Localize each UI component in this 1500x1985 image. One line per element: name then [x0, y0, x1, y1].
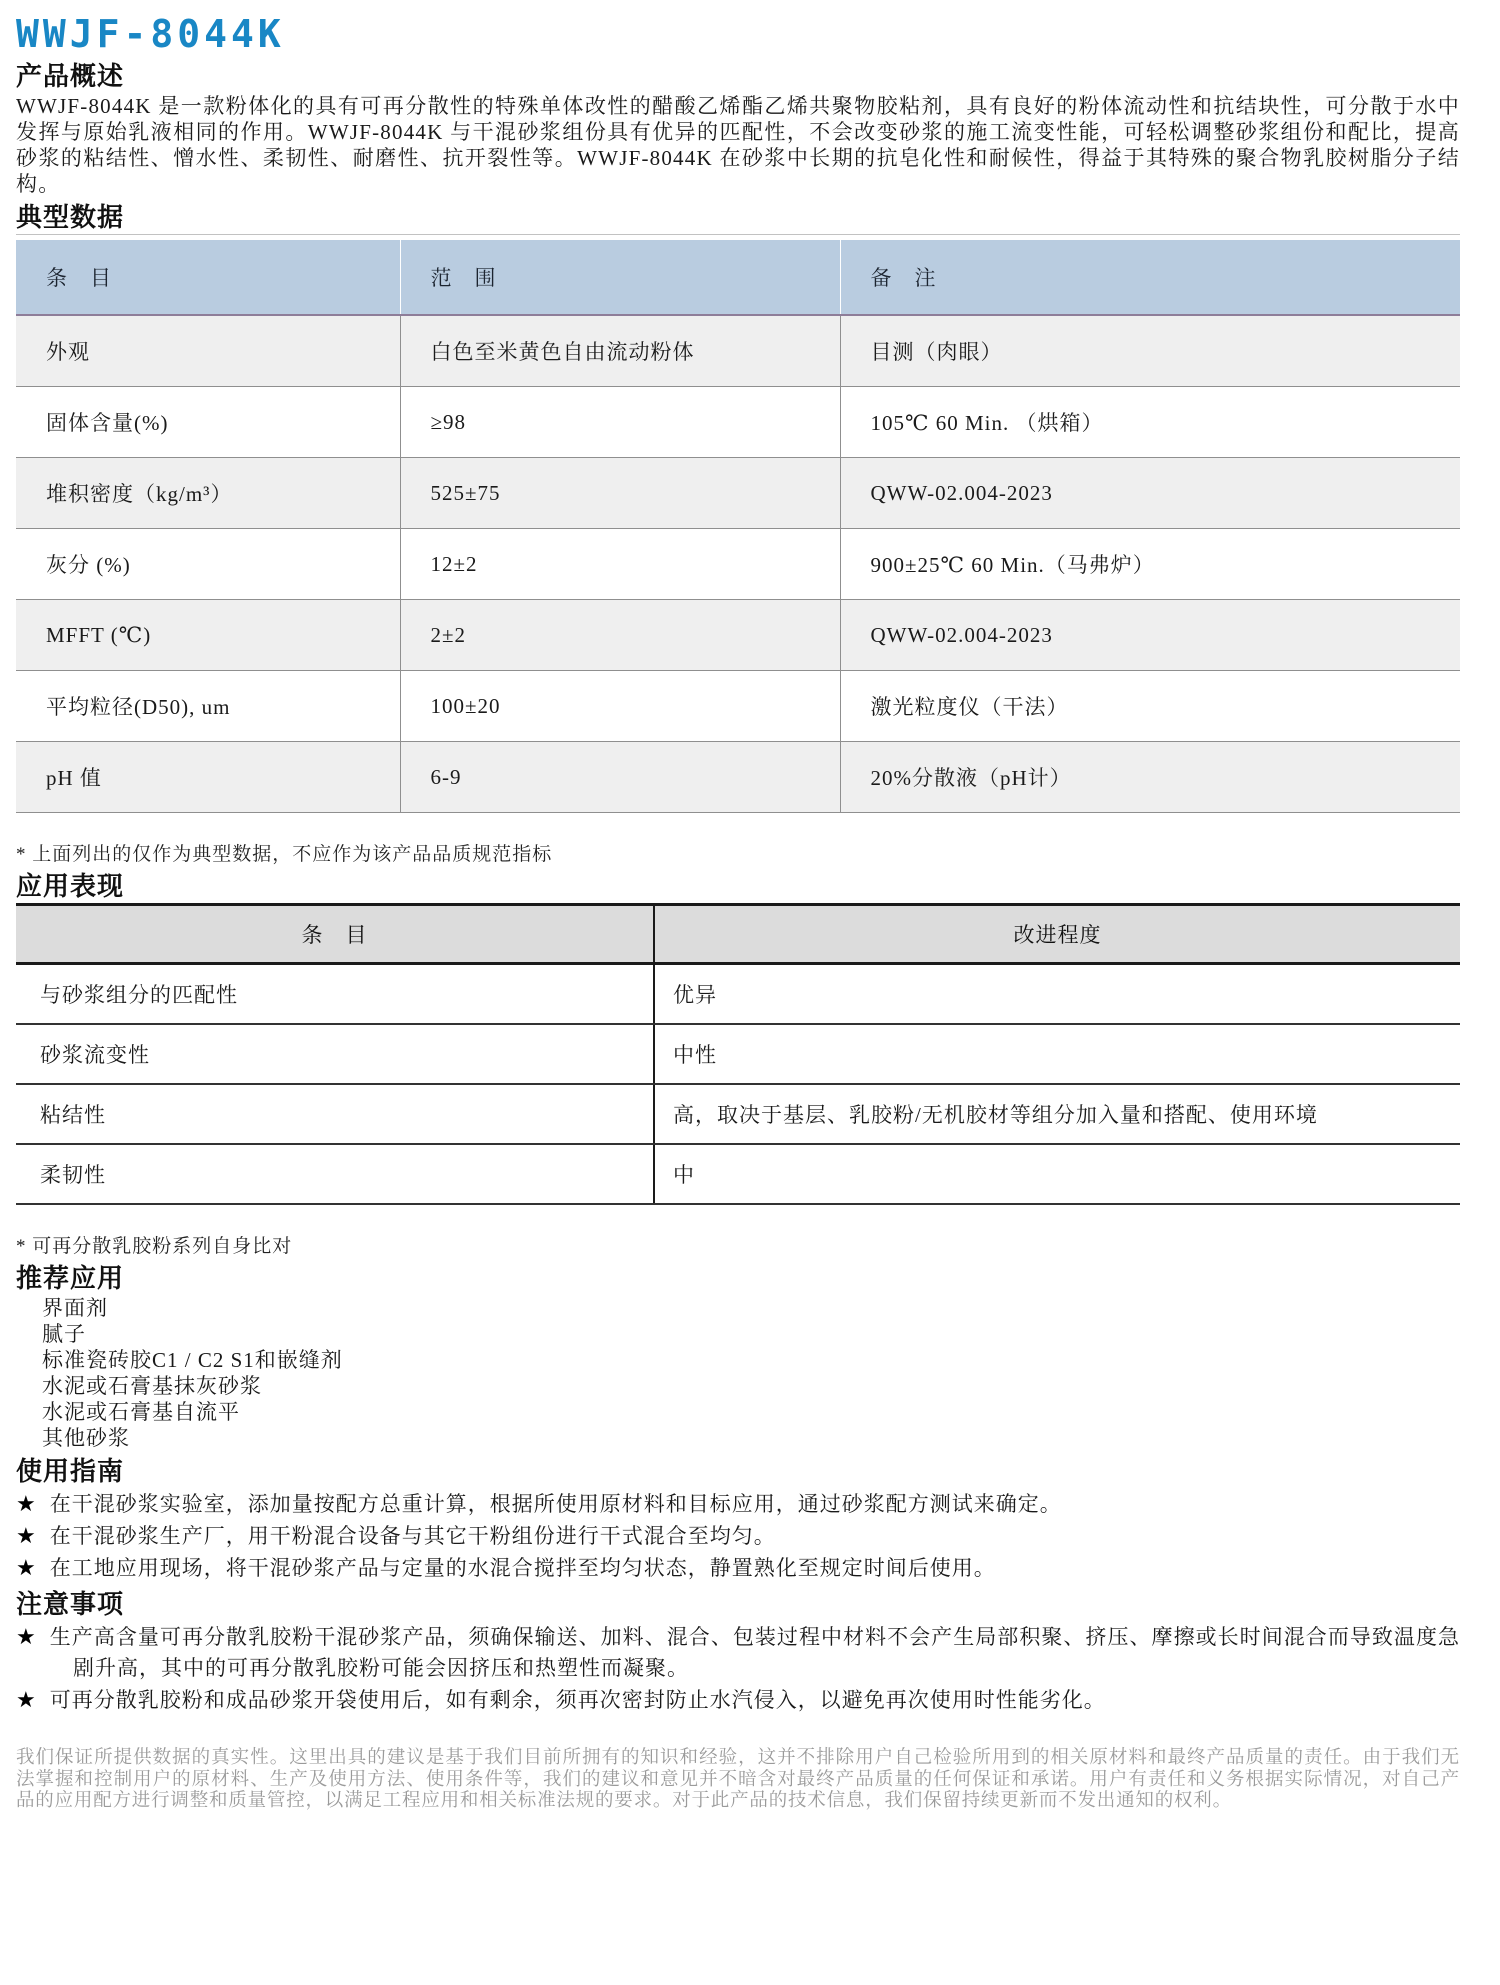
- table-row: 粘结性 高，取决于基层、乳胶粉/无机胶材等组分加入量和搭配、使用环境: [16, 1084, 1460, 1144]
- cell-range: 12±2: [400, 529, 840, 600]
- cell-item: MFFT (℃): [16, 600, 400, 671]
- application-header-row: 条 目 改进程度: [16, 905, 1460, 964]
- cell-range: 6-9: [400, 742, 840, 813]
- typical-data-heading: 典型数据: [16, 197, 1460, 234]
- application-performance-heading: 应用表现: [16, 866, 1460, 903]
- typical-data-header-row: 条 目 范 围 备 注: [16, 240, 1460, 315]
- cell-item: 灰分 (%): [16, 529, 400, 600]
- cell-item: 外观: [16, 315, 400, 387]
- cell-remark: 105℃ 60 Min. （烘箱）: [840, 387, 1460, 458]
- cell-remark: 目测（肉眼）: [840, 315, 1460, 387]
- cell-item: 粘结性: [16, 1084, 654, 1144]
- cell-improvement: 中性: [654, 1024, 1460, 1084]
- cell-range: 100±20: [400, 671, 840, 742]
- cell-remark: 激光粒度仪（干法）: [840, 671, 1460, 742]
- star-bullet-icon: ★: [16, 1523, 37, 1548]
- section-usage-guide: 使用指南 ★在干混砂浆实验室，添加量按配方总重计算，根据所使用原材料和目标应用，…: [16, 1451, 1460, 1584]
- usage-bullet: ★在干混砂浆实验室，添加量按配方总重计算，根据所使用原材料和目标应用，通过砂浆配…: [16, 1488, 1460, 1520]
- cell-remark: QWW-02.004-2023: [840, 600, 1460, 671]
- list-item: 标准瓷砖胶C1 / C2 S1和嵌缝剂: [42, 1347, 1460, 1373]
- list-item: 水泥或石膏基抹灰砂浆: [42, 1373, 1460, 1399]
- cell-item: 柔韧性: [16, 1144, 654, 1204]
- cell-item: 砂浆流变性: [16, 1024, 654, 1084]
- precautions-heading: 注意事项: [16, 1584, 1460, 1621]
- col-header-range: 范 围: [400, 240, 840, 315]
- usage-guide-heading: 使用指南: [16, 1451, 1460, 1488]
- section-overview: 产品概述 WWJF-8044K 是一款粉体化的具有可再分散性的特殊单体改性的醋酸…: [16, 56, 1460, 197]
- cell-range: ≥98: [400, 387, 840, 458]
- typical-data-footnote: * 上面列出的仅作为典型数据，不应作为该产品品质规范指标: [16, 839, 1460, 866]
- cell-improvement: 高，取决于基层、乳胶粉/无机胶材等组分加入量和搭配、使用环境: [654, 1084, 1460, 1144]
- cell-item: 与砂浆组分的匹配性: [16, 964, 654, 1025]
- table-row: 灰分 (%) 12±2 900±25℃ 60 Min.（马弗炉）: [16, 529, 1460, 600]
- usage-bullet-text: 在干混砂浆实验室，添加量按配方总重计算，根据所使用原材料和目标应用，通过砂浆配方…: [50, 1492, 1062, 1516]
- precaution-bullet-text: 可再分散乳胶粉和成品砂浆开袋使用后，如有剩余，须再次密封防止水汽侵入，以避免再次…: [50, 1688, 1106, 1712]
- star-bullet-icon: ★: [16, 1491, 37, 1516]
- usage-bullet-text: 在干混砂浆生产厂，用干粉混合设备与其它干粉组份进行干式混合至均匀。: [50, 1524, 776, 1548]
- cell-range: 白色至米黄色自由流动粉体: [400, 315, 840, 387]
- usage-bullet-text: 在工地应用现场，将干混砂浆产品与定量的水混合搅拌至均匀状态，静置熟化至规定时间后…: [50, 1556, 996, 1580]
- section-recommended-applications: 推荐应用 界面剂 腻子 标准瓷砖胶C1 / C2 S1和嵌缝剂 水泥或石膏基抹灰…: [16, 1258, 1460, 1451]
- cell-range: 2±2: [400, 600, 840, 671]
- table-row: 外观 白色至米黄色自由流动粉体 目测（肉眼）: [16, 315, 1460, 387]
- page-title: WWJF-8044K: [16, 12, 1460, 56]
- star-bullet-icon: ★: [16, 1687, 37, 1712]
- precaution-bullet-text: 生产高含量可再分散乳胶粉干混砂浆产品，须确保输送、加料、混合、包装过程中材料不会…: [50, 1625, 1460, 1680]
- usage-bullet: ★在干混砂浆生产厂，用干粉混合设备与其它干粉组份进行干式混合至均匀。: [16, 1520, 1460, 1552]
- list-item: 水泥或石膏基自流平: [42, 1399, 1460, 1425]
- list-item: 腻子: [42, 1321, 1460, 1347]
- cell-improvement: 中: [654, 1144, 1460, 1204]
- cell-item: 固体含量(%): [16, 387, 400, 458]
- col-header-item: 条 目: [16, 240, 400, 315]
- star-bullet-icon: ★: [16, 1555, 37, 1580]
- col-header-improvement: 改进程度: [654, 905, 1460, 964]
- table-row: 堆积密度（kg/m³） 525±75 QWW-02.004-2023: [16, 458, 1460, 529]
- cell-remark: 20%分散液（pH计）: [840, 742, 1460, 813]
- section-typical-data: 典型数据 条 目 范 围 备 注 外观 白色至米黄色自由流动粉体 目测（肉眼） …: [16, 197, 1460, 866]
- table-row: pH 值 6-9 20%分散液（pH计）: [16, 742, 1460, 813]
- col-header-remark: 备 注: [840, 240, 1460, 315]
- star-bullet-icon: ★: [16, 1624, 37, 1649]
- cell-range: 525±75: [400, 458, 840, 529]
- table-row: MFFT (℃) 2±2 QWW-02.004-2023: [16, 600, 1460, 671]
- product-datasheet-page: WWJF-8044K 产品概述 WWJF-8044K 是一款粉体化的具有可再分散…: [0, 0, 1500, 1985]
- table-row: 平均粒径(D50), um 100±20 激光粒度仪（干法）: [16, 671, 1460, 742]
- section-precautions: 注意事项 ★生产高含量可再分散乳胶粉干混砂浆产品，须确保输送、加料、混合、包装过…: [16, 1584, 1460, 1716]
- precaution-bullet: ★生产高含量可再分散乳胶粉干混砂浆产品，须确保输送、加料、混合、包装过程中材料不…: [16, 1621, 1460, 1684]
- cell-remark: 900±25℃ 60 Min.（马弗炉）: [840, 529, 1460, 600]
- usage-bullet: ★在工地应用现场，将干混砂浆产品与定量的水混合搅拌至均匀状态，静置熟化至规定时间…: [16, 1552, 1460, 1584]
- section-application-performance: 应用表现 条 目 改进程度 与砂浆组分的匹配性 优异 砂浆流变性 中性: [16, 866, 1460, 1258]
- application-performance-table: 条 目 改进程度 与砂浆组分的匹配性 优异 砂浆流变性 中性 粘结性 高，取决于…: [16, 903, 1460, 1205]
- overview-body: WWJF-8044K 是一款粉体化的具有可再分散性的特殊单体改性的醋酸乙烯酯乙烯…: [16, 93, 1460, 197]
- cell-item: 平均粒径(D50), um: [16, 671, 400, 742]
- precaution-bullet: ★可再分散乳胶粉和成品砂浆开袋使用后，如有剩余，须再次密封防止水汽侵入，以避免再…: [16, 1684, 1460, 1716]
- table-row: 与砂浆组分的匹配性 优异: [16, 964, 1460, 1025]
- footer-disclaimer: 我们保证所提供数据的真实性。这里出具的建议是基于我们目前所拥有的知识和经验，这并…: [16, 1748, 1460, 1813]
- list-item: 其他砂浆: [42, 1425, 1460, 1451]
- table-row: 柔韧性 中: [16, 1144, 1460, 1204]
- table-row: 固体含量(%) ≥98 105℃ 60 Min. （烘箱）: [16, 387, 1460, 458]
- overview-heading: 产品概述: [16, 56, 1460, 93]
- cell-item: pH 值: [16, 742, 400, 813]
- recommended-list: 界面剂 腻子 标准瓷砖胶C1 / C2 S1和嵌缝剂 水泥或石膏基抹灰砂浆 水泥…: [16, 1295, 1460, 1451]
- cell-improvement: 优异: [654, 964, 1460, 1025]
- col-header-item: 条 目: [16, 905, 654, 964]
- recommended-heading: 推荐应用: [16, 1258, 1460, 1295]
- list-item: 界面剂: [42, 1295, 1460, 1321]
- cell-item: 堆积密度（kg/m³）: [16, 458, 400, 529]
- table-row: 砂浆流变性 中性: [16, 1024, 1460, 1084]
- table-top-rule: [16, 234, 1460, 235]
- typical-data-table: 条 目 范 围 备 注 外观 白色至米黄色自由流动粉体 目测（肉眼） 固体含量(…: [16, 240, 1460, 813]
- application-performance-footnote: * 可再分散乳胶粉系列自身比对: [16, 1231, 1460, 1258]
- cell-remark: QWW-02.004-2023: [840, 458, 1460, 529]
